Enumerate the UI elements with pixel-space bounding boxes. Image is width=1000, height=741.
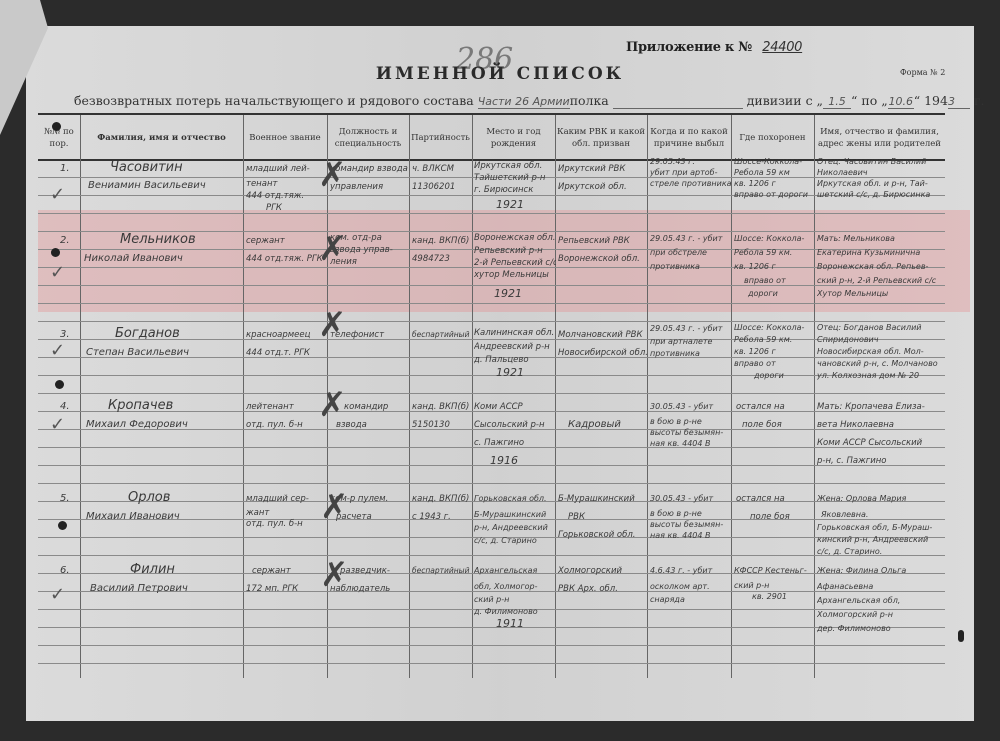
row-rvk: Иркутский РВК Иркутской обл.	[558, 160, 648, 196]
ruled-line	[38, 303, 945, 304]
punch-hole	[51, 248, 60, 257]
row-buried: Шоссе: Коккола- Ребола 59 км. кв. 1206 г…	[734, 232, 816, 300]
header-when-why: Когда и по какой причине выбыл	[647, 117, 731, 159]
relatives-line: чановский р-н, с. Молчаново	[817, 358, 947, 370]
birth-year: 1921	[474, 366, 556, 380]
rank-line: младший сер-	[246, 490, 328, 508]
rvk-line: Холмогорский	[558, 562, 648, 580]
row-surname: Мельников	[120, 231, 196, 249]
relatives-line: шетский с/с, д. Бирюсинка	[817, 189, 947, 200]
when-line: убит при артоб-	[650, 167, 732, 178]
buried-line: кв. 2901	[734, 591, 816, 602]
rvk-line: РВК	[558, 508, 648, 526]
relatives-line: Новосибирская обл. Мол-	[817, 346, 947, 358]
row-party: канд. ВКП(б) с 1943 г.	[412, 490, 474, 526]
buried-line: поле боя	[736, 416, 816, 434]
buried-line: Ребола 59 км.	[734, 246, 816, 260]
header-relatives: Имя, отчество и фамилия, адрес жены или …	[814, 117, 945, 159]
subtitle-prefix: безвозвратных потерь начальствующего и р…	[74, 93, 474, 108]
party-line: канд. ВКП(б)	[412, 490, 474, 508]
when-line: 30.05.43 - убит	[650, 490, 732, 508]
row-rank: лейтенант отд. пул. б-н	[246, 398, 328, 434]
row-rank: сержант 172 мп. РГК	[246, 562, 328, 598]
year-end: г.	[974, 93, 985, 108]
punch-hole	[55, 380, 64, 389]
buried-line: Шоссе-Коккола-	[734, 156, 816, 167]
birth-line: Архангельская	[474, 562, 556, 580]
ruled-line	[38, 483, 945, 484]
row-relatives: Жена: Филина Ольга Афанасьевна Архангель…	[817, 562, 947, 636]
row-birth: Калининская обл. Андреевский р-н д. Паль…	[474, 326, 556, 380]
buried-line: остался на	[736, 398, 816, 416]
column-divider	[472, 115, 473, 678]
buried-line: КФССР Кестеньг-	[734, 562, 816, 580]
row-party: канд. ВКП(б) 5150130	[412, 398, 474, 434]
party-line: 11306201	[412, 178, 474, 196]
relatives-line: ский р-н, 2-й Репьевский с/с	[817, 274, 947, 288]
rank-line: лейтенант	[246, 398, 328, 416]
relatives-line: Коми АССР Сысольский	[817, 434, 947, 452]
rvk-line: Горьковской обл.	[558, 526, 648, 544]
rank-line: жант	[246, 508, 328, 519]
row-number: 2.	[60, 232, 70, 250]
row-birth: Иркутская обл. Тайшетский р-н г. Бирюсин…	[474, 160, 556, 214]
rank-line: отд. пул. б-н	[246, 416, 328, 434]
row-relatives: Жена: Орлова Мария Яковлевна. Горьковска…	[817, 490, 947, 558]
tick-mark-icon: ✓	[50, 414, 65, 435]
relatives-line: Жена: Филина Ольга	[817, 562, 947, 580]
to-label: по	[861, 93, 877, 108]
buried-line: остался на	[736, 490, 816, 508]
birth-line: хутор Мельницы	[474, 269, 556, 281]
birth-line: Тайшетский р-н	[474, 172, 556, 184]
rvk-line: Б-Мурашкинский	[558, 490, 648, 508]
rank-line: 444 отд.тяж.	[246, 190, 328, 202]
row-buried: остался на поле боя	[736, 490, 816, 526]
ruled-line	[38, 393, 945, 394]
row-buried: остался на поле боя	[736, 398, 816, 434]
row-given-name: Михаил Федорович	[86, 416, 188, 434]
buried-line: вправо от	[734, 274, 816, 288]
ruled-line	[38, 645, 945, 646]
relatives-line: ул. Колхозная дом № 20	[817, 370, 947, 382]
relatives-line: Архангельская обл,	[817, 594, 947, 608]
rank-line: 444 отд.тяж. РГК	[246, 250, 328, 268]
rank-line: отд. пул. б-н	[246, 519, 328, 530]
rank-line: сержант	[246, 232, 328, 250]
relatives-line: вета Николаевна	[817, 416, 947, 434]
relatives-line: Иркутская обл. и р-н, Тай-	[817, 178, 947, 189]
relatives-line: кинский р-н, Андреевский	[817, 534, 947, 546]
row-party: беспартийный	[412, 562, 474, 580]
year-prefix: 194	[924, 93, 948, 108]
birth-line: Калининская обл.	[474, 326, 556, 340]
rank-line: 172 мп. РГК	[246, 580, 328, 598]
row-birth: Горьковская обл. Б-Мурашкинский р-н, Анд…	[474, 490, 556, 547]
row-surname: Орлов	[128, 489, 170, 507]
when-line: 29.05.43 г. - убит	[650, 232, 732, 246]
row-given-name: Михаил Иванович	[86, 508, 180, 526]
row-when: 30.05.43 - убит в бою в р-не высоты безы…	[650, 398, 732, 449]
relatives-line: Мать: Мельникова	[817, 232, 947, 246]
buried-line: ский р-н	[734, 580, 816, 591]
when-line: осколком арт.	[650, 580, 732, 594]
party-line: канд. ВКП(б)	[412, 232, 474, 250]
table-top-rule	[38, 113, 945, 115]
when-line: противника	[650, 348, 732, 360]
relatives-line: Екатерина Кузьминична	[817, 246, 947, 260]
row-rvk: Холмогорский РВК Арх. обл.	[558, 562, 648, 598]
party-line: 4984723	[412, 250, 474, 268]
row-rank: сержант 444 отд.тяж. РГК	[246, 232, 328, 268]
birth-line: с. Пажгино	[474, 434, 556, 452]
relatives-line: Горьковская обл, Б-Мураш-	[817, 522, 947, 534]
header-party: Партийность	[409, 117, 472, 159]
when-line: 30.05.43 - убит	[650, 398, 732, 416]
birth-year: 1921	[474, 196, 556, 214]
when-line: ная кв. 4404 В	[650, 438, 732, 449]
row-rank: младший лей- тенант 444 отд.тяж. РГК	[246, 160, 328, 214]
rank-line: тенант	[246, 178, 328, 190]
party-line: с 1943 г.	[412, 508, 474, 526]
buried-line: кв. 1206 г	[734, 260, 816, 274]
appendix-stamp: Приложение к № 24400	[626, 40, 802, 55]
row-rvk: Кадровый	[568, 416, 648, 434]
when-line: при артналете	[650, 336, 732, 348]
relatives-line: Хутор Мельницы	[817, 288, 947, 300]
party-line: ч. ВЛКСМ	[412, 160, 474, 178]
rvk-line: Воронежской обл.	[558, 250, 648, 268]
relatives-line: р-н, с. Пажгино	[817, 452, 947, 470]
rvk-line: Иркутский РВК	[558, 160, 648, 178]
when-line: 4.6.43 г. - убит	[650, 562, 732, 580]
check-mark-icon: ✗	[318, 158, 347, 192]
party-line: канд. ВКП(б)	[412, 398, 474, 416]
date-to: 10.6	[888, 95, 914, 109]
rvk-line: Иркутской обл.	[558, 178, 648, 196]
row-when: 30.05.43 - убит в бою в р-не высоты безы…	[650, 490, 732, 541]
date-from: 1.5	[823, 95, 851, 109]
buried-line: кв. 1206 г	[734, 178, 816, 189]
relatives-line: Яковлевна.	[817, 508, 947, 522]
when-line: при обстреле	[650, 246, 732, 260]
ruled-line	[38, 555, 945, 556]
birth-line: Коми АССР	[474, 398, 556, 416]
when-line: противника	[650, 260, 732, 274]
when-line: ная кв. 4404 В	[650, 530, 732, 541]
polka-blank	[613, 93, 743, 109]
rank-line: младший лей-	[246, 160, 328, 178]
header-birth: Место и год рождения	[472, 117, 555, 159]
column-divider	[80, 115, 81, 678]
rank-line: РГК	[246, 202, 328, 214]
when-line: высоты безымян-	[650, 427, 732, 438]
row-rank: младший сер- жант отд. пул. б-н	[246, 490, 328, 530]
birth-line: Иркутская обл.	[474, 160, 556, 172]
relatives-line: Отец: Часовитин Василий	[817, 156, 947, 167]
when-line: в бою в р-не	[650, 416, 732, 427]
tick-mark-icon: ✓	[50, 262, 65, 283]
row-relatives: Мать: Мельникова Екатерина Кузьминична В…	[817, 232, 947, 300]
polka-label: полка	[570, 93, 609, 108]
birth-line: д. Пальцево	[474, 354, 556, 366]
birth-line: Воронежская обл.	[474, 232, 556, 245]
row-buried: Шоссе: Коккола- Ребола 59 км. кв. 1206 г…	[734, 322, 816, 382]
row-surname: Кропачев	[108, 397, 173, 415]
ruled-line	[38, 663, 945, 664]
birth-year: 1911	[474, 618, 556, 630]
row-given-name: Вениамин Васильевич	[88, 177, 206, 195]
stamp-number: 24400	[762, 40, 802, 55]
row-buried: КФССР Кестеньг- ский р-н кв. 2901	[734, 562, 816, 602]
row-given-name: Василий Петрович	[90, 580, 188, 598]
rank-line: сержант	[246, 562, 328, 580]
relatives-line: Спиридонович	[817, 334, 947, 346]
row-when: 29.05.43 г. - убит при обстреле противни…	[650, 232, 732, 274]
when-line: в бою в р-не	[650, 508, 732, 519]
birth-line: Сысольский р-н	[474, 416, 556, 434]
row-number: 5.	[60, 490, 70, 508]
check-mark-icon: ✗	[318, 388, 347, 422]
relatives-line: Жена: Орлова Мария	[817, 490, 947, 508]
rvk-line: РВК Арх. обл.	[558, 580, 648, 598]
birth-line: Репьевский р-н	[474, 245, 556, 257]
row-rvk: Молчановский РВК Новосибирской обл.	[558, 326, 648, 362]
row-birth: Архангельская обл, Холмогор- ский р-н д.…	[474, 562, 556, 630]
unit-field: Части 26 Армии	[478, 95, 570, 109]
birth-line: г. Бирюсинск	[474, 184, 556, 196]
row-when: 29.05.43 г. убит при артоб- стреле проти…	[650, 156, 732, 189]
relatives-line: Мать: Кропачева Елиза-	[817, 398, 947, 416]
row-relatives: Отец: Часовитин Василий Николаевич Иркут…	[817, 156, 947, 200]
tick-mark-icon: ✓	[50, 340, 65, 361]
punch-hole	[58, 521, 67, 530]
buried-line: Шоссе: Коккола-	[734, 322, 816, 334]
buried-line: Ребола 59 км.	[734, 334, 816, 346]
birth-line: ский р-н	[474, 594, 556, 606]
buried-line: поле боя	[736, 508, 816, 526]
party-line: 5150130	[412, 416, 474, 434]
stamp-label: Приложение к №	[626, 40, 752, 55]
document-subtitle: безвозвратных потерь начальствующего и р…	[74, 93, 984, 109]
check-mark-icon: ✗	[320, 558, 349, 592]
when-line: 29.05.43 г. - убит	[650, 322, 732, 336]
birth-line: Горьковская обл.	[474, 490, 556, 508]
check-mark-icon: ✗	[318, 308, 347, 342]
row-party: канд. ВКП(б) 4984723	[412, 232, 474, 268]
when-line: 29.05.43 г.	[650, 156, 732, 167]
birth-line: Б-Мурашкинский	[474, 508, 556, 521]
row-given-name: Николай Иванович	[84, 250, 183, 268]
relatives-line: Николаевич	[817, 167, 947, 178]
row-relatives: Отец: Богданов Василий Спиридонович Ново…	[817, 322, 947, 382]
when-line: снаряда	[650, 594, 732, 606]
row-surname: Часовитин	[110, 159, 183, 177]
row-rank: красноармеец 444 отд.т. РГК	[246, 326, 328, 362]
buried-line: кв. 1206 г	[734, 346, 816, 358]
buried-line: вправо от дороги	[734, 189, 816, 200]
row-number: 1.	[60, 160, 70, 178]
rvk-line: Молчановский РВК	[558, 326, 648, 344]
birth-line: с/с, д. Старино	[474, 534, 556, 547]
division-label: дивизии с	[747, 93, 813, 108]
buried-line: Шоссе: Коккола-	[734, 232, 816, 246]
punch-hole	[52, 122, 61, 131]
document-title: ИМЕННОЙ СПИСОК	[0, 64, 1000, 84]
rvk-line: Репьевский РВК	[558, 232, 648, 250]
rvk-line: Новосибирской обл.	[558, 344, 648, 362]
buried-line: Ребола 59 км	[734, 167, 816, 178]
row-surname: Филин	[130, 561, 175, 579]
year-suffix: 3	[948, 95, 970, 109]
check-mark-icon: ✗	[320, 490, 349, 524]
when-line: высоты безымян-	[650, 519, 732, 530]
relatives-line: Афанасьевна	[817, 580, 947, 594]
header-rvk: Каким РВК и какой обл. призван	[555, 117, 647, 159]
birth-line: обл, Холмогор-	[474, 580, 556, 594]
buried-line: дороги	[734, 370, 816, 382]
when-line: стреле противника	[650, 178, 732, 189]
rank-line: красноармеец	[246, 326, 328, 344]
relatives-line: Воронежская обл. Репьев-	[817, 260, 947, 274]
header-full-name: Фамилия, имя и отчество	[80, 117, 243, 159]
column-divider	[243, 115, 244, 678]
buried-line: вправо от	[734, 358, 816, 370]
row-party: ч. ВЛКСМ 11306201	[412, 160, 474, 196]
row-party: беспартийный	[412, 326, 474, 344]
header-position: Должность и специальность	[327, 117, 409, 159]
relatives-line: дер. Филимоново	[817, 622, 947, 636]
tick-mark-icon: ✓	[50, 184, 65, 205]
row-surname: Богданов	[115, 325, 180, 343]
row-birth: Коми АССР Сысольский р-н с. Пажгино 1916	[474, 398, 556, 470]
rank-line: 444 отд.т. РГК	[246, 344, 328, 362]
row-rvk: Репьевский РВК Воронежской обл.	[558, 232, 648, 268]
birth-line: Андреевский р-н	[474, 340, 556, 354]
row-rvk: Б-Мурашкинский РВК Горьковской обл.	[558, 490, 648, 544]
birth-year: 1921	[474, 285, 556, 303]
birth-year: 1916	[474, 452, 556, 470]
row-birth: Воронежская обл. Репьевский р-н 2-й Репь…	[474, 232, 556, 303]
row-relatives: Мать: Кропачева Елиза- вета Николаевна К…	[817, 398, 947, 470]
ink-blot	[958, 630, 964, 642]
row-when: 4.6.43 г. - убит осколком арт. снаряда	[650, 562, 732, 606]
header-rank: Военное звание	[243, 117, 327, 159]
row-number: 6.	[60, 562, 70, 580]
relatives-line: Холмогорский р-н	[817, 608, 947, 622]
tick-mark-icon: ✓	[50, 584, 65, 605]
relatives-line: с/с, д. Старино.	[817, 546, 947, 558]
birth-line: р-н, Андреевский	[474, 521, 556, 534]
birth-line: 2-й Репьевский с/с	[474, 257, 556, 269]
buried-line: дороги	[734, 288, 816, 300]
row-when: 29.05.43 г. - убит при артналете противн…	[650, 322, 732, 360]
row-buried: Шоссе-Коккола- Ребола 59 км кв. 1206 г в…	[734, 156, 816, 200]
relatives-line: Отец: Богданов Василий	[817, 322, 947, 334]
header-buried: Где похоронен	[731, 117, 814, 159]
row-given-name: Степан Васильевич	[86, 344, 189, 362]
check-mark-icon: ✗	[318, 232, 347, 266]
